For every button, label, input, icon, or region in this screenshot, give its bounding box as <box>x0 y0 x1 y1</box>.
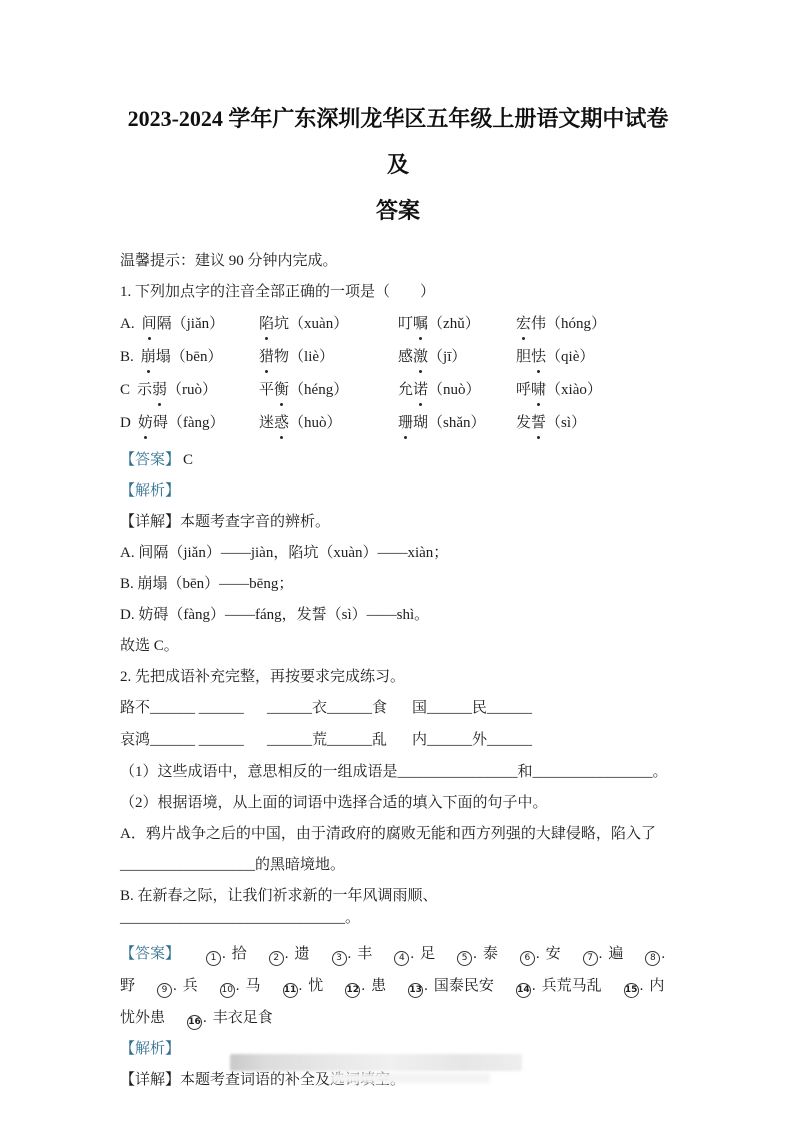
word-before: 平 <box>259 382 274 398</box>
answer-word: 患 <box>371 978 386 994</box>
answer-label: 【答案】 <box>120 452 180 468</box>
q1-d-item-2: 迷惑（huò） <box>259 411 398 435</box>
answer-item: 12.患 <box>345 978 386 994</box>
title-line-2: 答案 <box>376 198 420 223</box>
word-before: 迷 <box>259 415 274 431</box>
answer-separator: . <box>661 946 665 962</box>
circled-number: 9 <box>157 983 172 998</box>
answer-separator: . <box>299 978 303 994</box>
answer-separator: . <box>222 946 226 962</box>
q1-b-item-2: 猎物（liè） <box>259 345 398 369</box>
circled-number: 5 <box>457 951 472 966</box>
word-before: 发 <box>516 415 531 431</box>
q1-analysis-label-line: 【解析】 <box>120 480 676 502</box>
pinyin: （qiè） <box>546 349 594 365</box>
word-dotchar: 诺 <box>413 378 428 402</box>
pinyin: （xuàn） <box>289 316 348 332</box>
answer-item: 2.遗 <box>269 946 310 962</box>
q1-a-item-2: 陷坑（xuàn） <box>259 312 398 336</box>
idiom-blank-group: ______荒______乱 <box>267 729 412 751</box>
q2-idiom-row-2: 哀鸿______ ______ ______荒______乱 内______外_… <box>120 729 676 751</box>
circled-number: 11 <box>283 983 298 998</box>
word-dotchar: 间 <box>142 312 157 336</box>
title-line-1: 2023-2024 学年广东深圳龙华区五年级上册语文期中试卷及 <box>128 106 669 177</box>
answer-item: 10.马 <box>220 978 261 994</box>
q1-conclusion: 故选 C。 <box>120 635 676 657</box>
answer-item: 13.国泰民安 <box>408 978 494 994</box>
exam-document-page: 2023-2024 学年广东深圳龙华区五年级上册语文期中试卷及答案 温馨提示：建… <box>0 0 793 1122</box>
q1-explanation-b: B. 崩塌（bēn）——bēng； <box>120 573 676 595</box>
answer-word: 野 <box>120 978 135 994</box>
q1-answer-value: C <box>183 452 193 468</box>
q1-a-item-3: 叮嘱（zhǔ） <box>398 312 516 336</box>
word-after: 塌 <box>156 349 171 365</box>
circled-number: 16 <box>187 1015 202 1030</box>
q1-c-item-1: C示弱（ruò） <box>120 378 259 402</box>
pinyin: （nuò） <box>428 382 481 398</box>
q2-subquestion-2: （2）根据语境，从上面的词语中选择合适的填入下面的句子中。 <box>120 792 676 814</box>
answer-separator: . <box>640 978 644 994</box>
idiom-blank-group: 国______民______ <box>412 697 676 719</box>
circled-number: 3 <box>332 951 347 966</box>
idiom-blank-group: 路不______ ______ <box>120 697 267 719</box>
option-label: B. <box>120 349 134 365</box>
answer-item: 6.安 <box>520 946 561 962</box>
q1-a-item-1: A.间隔（jiǎn） <box>120 312 259 336</box>
pinyin: （zhǔ） <box>428 316 480 332</box>
answer-separator: . <box>599 946 603 962</box>
q2-sentence-b: B. 在新春之际，让我们祈求新的一年风调雨顺、_________________… <box>120 885 676 929</box>
word-dotchar: 陷 <box>259 312 274 336</box>
word-dotchar: 怯 <box>531 345 546 369</box>
word-before: 示 <box>137 382 152 398</box>
word-dotchar: 宏 <box>516 312 531 336</box>
word-dotchar: 激 <box>413 345 428 369</box>
pinyin: （ruò） <box>167 382 217 398</box>
q1-c-item-4: 呼啸（xiào） <box>516 378 676 402</box>
answer-word: 泰 <box>483 946 498 962</box>
idiom-blank-group: ______衣______食 <box>267 697 412 719</box>
q1-option-row-d: D妨碍（fàng） 迷惑（huò） 珊瑚（shǎn） 发誓（sì） <box>120 411 676 435</box>
circled-number: 10 <box>220 983 235 998</box>
word-before: 允 <box>398 382 413 398</box>
word-after: 伟 <box>531 316 546 332</box>
answer-item: 16.丰衣足食 <box>187 1010 273 1026</box>
answer-word: 丰衣足食 <box>213 1010 273 1026</box>
analysis-label: 【解析】 <box>120 1041 180 1057</box>
option-label: D <box>120 415 131 431</box>
q1-c-item-2: 平衡（héng） <box>259 378 398 402</box>
answer-word: 忧 <box>308 978 323 994</box>
q1-a-item-4: 宏伟（hóng） <box>516 312 676 336</box>
answer-item: 4.足 <box>394 946 435 962</box>
pinyin: （héng） <box>289 382 348 398</box>
word-after: 物 <box>274 349 289 365</box>
word-dotchar: 啸 <box>531 378 546 402</box>
q1-option-row-b: B.崩塌（bēn） 猎物（liè） 感激（jī） 胆怯（qiè） <box>120 345 676 369</box>
q1-b-item-4: 胆怯（qiè） <box>516 345 676 369</box>
answer-separator: . <box>285 946 289 962</box>
q1-b-item-3: 感激（jī） <box>398 345 516 369</box>
answer-item: 3.丰 <box>332 946 373 962</box>
pinyin: （hóng） <box>546 316 606 332</box>
answer-separator: . <box>203 1010 207 1026</box>
pinyin: （huò） <box>289 415 342 431</box>
word-dotchar: 崩 <box>141 345 156 369</box>
answer-word: 国泰民安 <box>434 978 494 994</box>
circled-number: 7 <box>583 951 598 966</box>
word-dotchar: 惑 <box>274 411 289 435</box>
circled-number: 13 <box>408 983 423 998</box>
circled-number: 1 <box>206 951 221 966</box>
watermark-smudge <box>330 1073 490 1083</box>
q1-option-row-c: C示弱（ruò） 平衡（héng） 允诺（nuò） 呼啸（xiào） <box>120 378 676 402</box>
answer-item: 1.拾 <box>206 946 247 962</box>
idiom-blank-group: 内______外______ <box>412 729 676 751</box>
word-dotchar: 誓 <box>531 411 546 435</box>
document-title: 2023-2024 学年广东深圳龙华区五年级上册语文期中试卷及答案 <box>120 96 676 234</box>
word-dotchar: 妨 <box>138 411 153 435</box>
q1-answer-line: 【答案】C <box>120 449 676 471</box>
idiom-blank-group: 哀鸿______ ______ <box>120 729 267 751</box>
exam-tip: 温馨提示：建议 90 分钟内完成。 <box>120 250 676 272</box>
answer-item: 9.兵 <box>157 978 198 994</box>
answer-word: 遗 <box>295 946 310 962</box>
q1-detail-line: 【详解】本题考查字音的辨析。 <box>120 511 676 533</box>
answer-separator: . <box>473 946 477 962</box>
q2-subquestion-1: （1）这些成语中，意思相反的一组成语是________________和____… <box>120 761 676 783</box>
pinyin: （xiào） <box>546 382 602 398</box>
analysis-label: 【解析】 <box>120 483 180 499</box>
answer-word: 遍 <box>608 946 623 962</box>
answer-item: 11.忧 <box>283 978 324 994</box>
word-before: 呼 <box>516 382 531 398</box>
answer-separator: . <box>532 978 536 994</box>
word-dotchar: 猎 <box>259 345 274 369</box>
circled-number: 14 <box>516 983 531 998</box>
pinyin: （liè） <box>289 349 334 365</box>
q1-c-item-3: 允诺（nuò） <box>398 378 516 402</box>
word-after: 碍 <box>153 415 168 431</box>
q1-explanation-d: D. 妨碍（fàng）——fáng，发誓（sì）——shì。 <box>120 604 676 626</box>
word-before: 叮 <box>398 316 413 332</box>
circled-number: 12 <box>345 983 360 998</box>
pinyin: （fàng） <box>168 415 225 431</box>
answer-word: 足 <box>420 946 435 962</box>
answer-item: 5.泰 <box>457 946 498 962</box>
circled-number: 8 <box>645 951 660 966</box>
pinyin: （jiǎn） <box>172 316 225 332</box>
q1-explanation-a: A. 间隔（jiǎn）——jiàn，陷坑（xuàn）——xiàn； <box>120 542 676 564</box>
pinyin: （sì） <box>546 415 586 431</box>
answer-separator: . <box>236 978 240 994</box>
pinyin: （shǎn） <box>428 415 486 431</box>
q2-answers-block: 【答案】1.拾2.遗3.丰4.足5.泰6.安7.遍8.野9.兵10.马11.忧1… <box>120 938 676 1034</box>
word-dotchar: 弱 <box>152 378 167 402</box>
q2-stem: 2. 先把成语补充完整，再按要求完成练习。 <box>120 666 676 688</box>
q1-d-item-4: 发誓（sì） <box>516 411 676 435</box>
q2-sentence-a-line1: A．鸦片战争之后的中国，由于清政府的腐败无能和西方列强的大肆侵略，陷入了 <box>120 823 676 845</box>
answer-word: 拾 <box>232 946 247 962</box>
pinyin: （jī） <box>428 349 466 365</box>
word-before: 感 <box>398 349 413 365</box>
answer-word: 马 <box>246 978 261 994</box>
q1-b-item-1: B.崩塌（bēn） <box>120 345 259 369</box>
word-dotchar: 衡 <box>274 378 289 402</box>
q1-d-item-3: 珊瑚（shǎn） <box>398 411 516 435</box>
answer-item: 7.遍 <box>583 946 624 962</box>
circled-number: 15 <box>624 983 639 998</box>
watermark <box>230 1054 522 1071</box>
circled-number: 2 <box>269 951 284 966</box>
answer-separator: . <box>173 978 177 994</box>
answer-word: 安 <box>546 946 561 962</box>
option-label: C <box>120 382 130 398</box>
circled-number: 4 <box>394 951 409 966</box>
word-dotchar: 嘱 <box>413 312 428 336</box>
word-after: 隔 <box>157 316 172 332</box>
answer-separator: . <box>536 946 540 962</box>
option-label: A. <box>120 316 135 332</box>
answer-word: 兵荒马乱 <box>542 978 602 994</box>
answer-separator: . <box>424 978 428 994</box>
word-dotchar: 珊 <box>398 411 413 435</box>
answer-separator: . <box>361 978 365 994</box>
q2-sentence-a-line2: __________________的黑暗境地。 <box>120 854 676 876</box>
circled-number: 6 <box>520 951 535 966</box>
pinyin: （bēn） <box>171 349 223 365</box>
q1-stem: 1. 下列加点字的注音全部正确的一项是（ ） <box>120 281 676 303</box>
answer-word: 兵 <box>183 978 198 994</box>
q1-d-item-1: D妨碍（fàng） <box>120 411 259 435</box>
q1-option-row-a: A.间隔（jiǎn） 陷坑（xuàn） 叮嘱（zhǔ） 宏伟（hóng） <box>120 312 676 336</box>
q2-idiom-row-1: 路不______ ______ ______衣______食 国______民_… <box>120 697 676 719</box>
word-before: 胆 <box>516 349 531 365</box>
answer-separator: . <box>410 946 414 962</box>
word-after: 瑚 <box>413 415 428 431</box>
answer-word: 丰 <box>357 946 372 962</box>
answer-label: 【答案】 <box>120 946 180 962</box>
answer-item: 14.兵荒马乱 <box>516 978 602 994</box>
answer-separator: . <box>348 946 352 962</box>
word-after: 坑 <box>274 316 289 332</box>
